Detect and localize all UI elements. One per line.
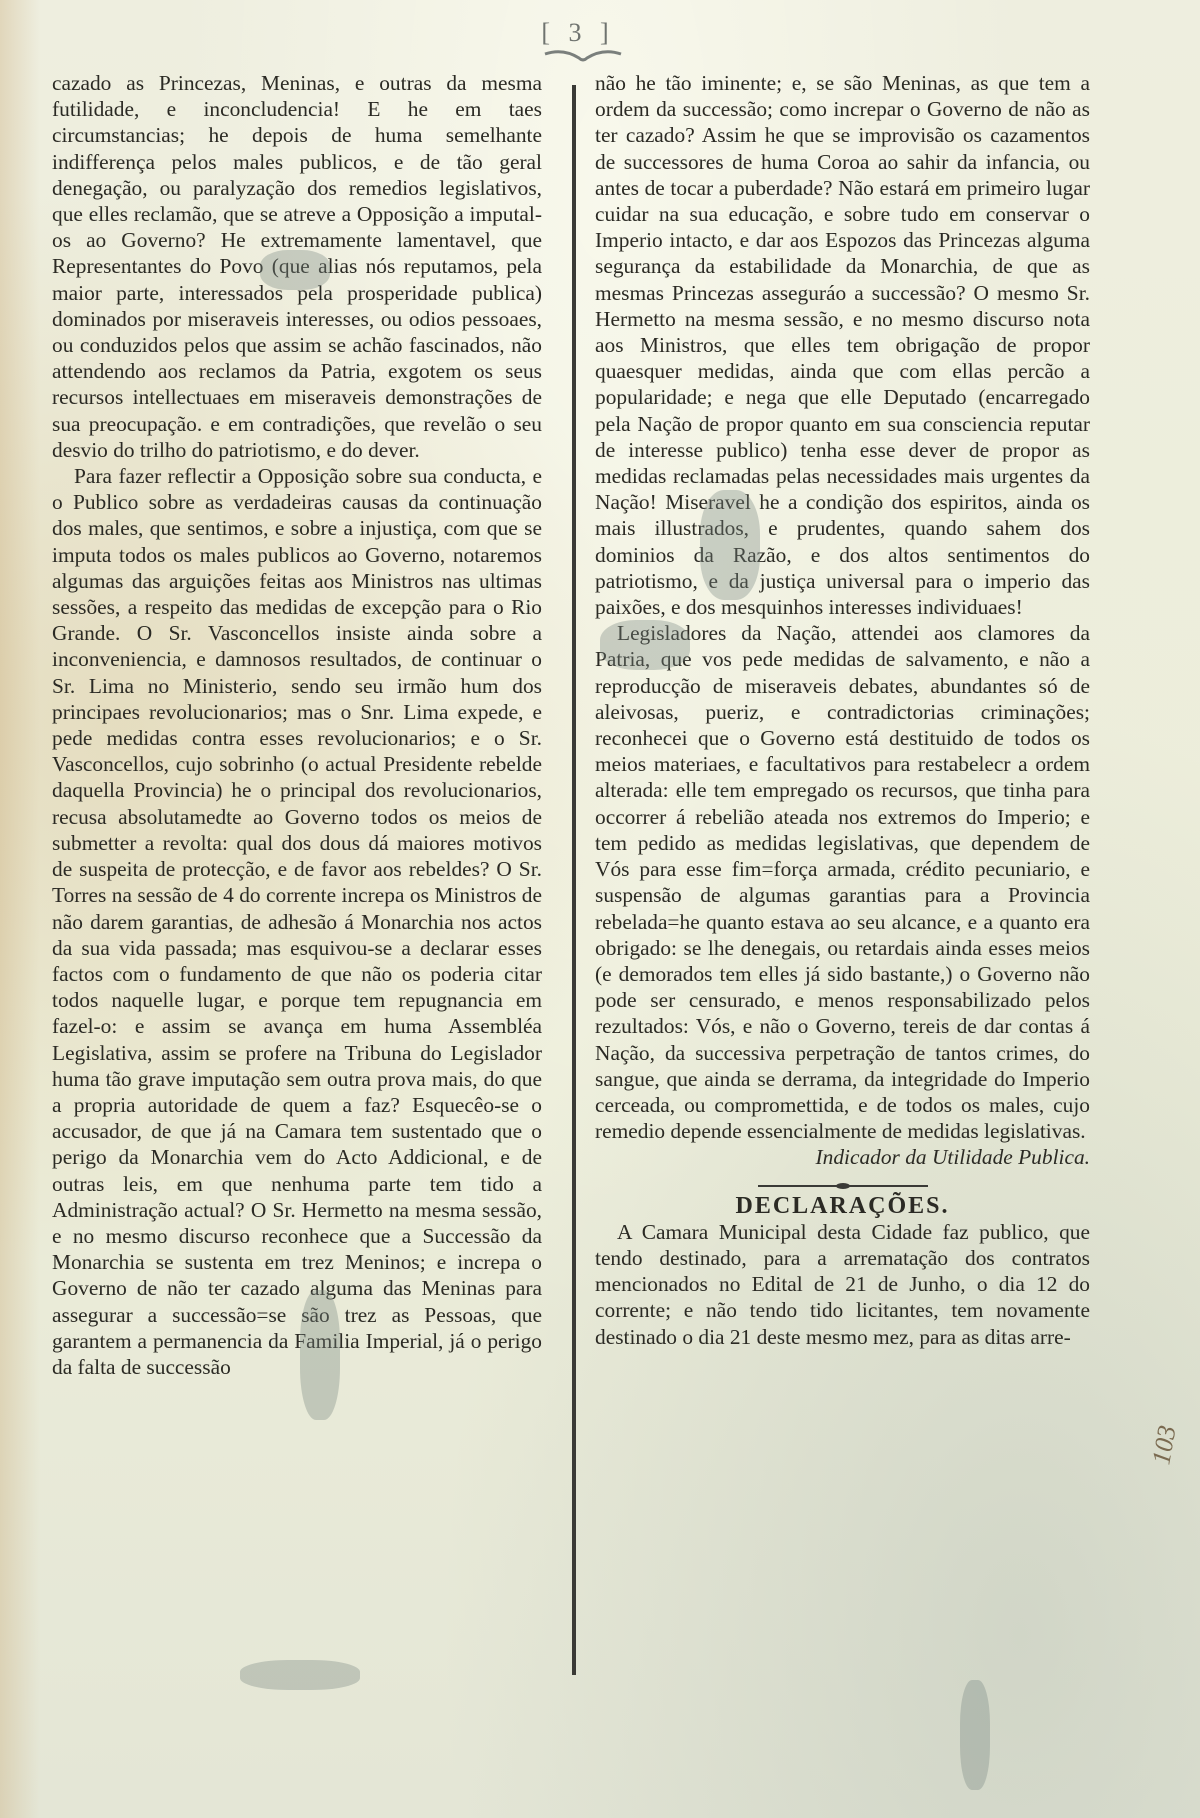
column-divider	[572, 85, 576, 1675]
water-stain	[700, 490, 760, 600]
water-stain	[300, 1290, 340, 1420]
newspaper-page: [ 3 ] cazado as Princezas, Meninas, e ou…	[0, 0, 1200, 1818]
water-stain	[260, 250, 330, 290]
page-number: [ 3 ]	[538, 18, 618, 48]
section-divider	[758, 1185, 928, 1187]
water-stain	[600, 620, 690, 670]
ornament-flourish-icon	[543, 46, 623, 68]
article-signature: Indicador da Utilidade Publica.	[595, 1144, 1090, 1170]
article-paragraph: Para fazer reflectir a Opposição sobre s…	[52, 463, 542, 1380]
right-column: não he tão iminente; e, se são Meninas, …	[595, 70, 1090, 1350]
page-edge-discoloration	[0, 0, 40, 1818]
declaration-paragraph: A Camara Municipal desta Cidade faz publ…	[595, 1219, 1090, 1350]
article-paragraph: não he tão iminente; e, se são Meninas, …	[595, 70, 1090, 620]
section-title: DECLARAÇÕES.	[595, 1193, 1090, 1219]
article-paragraph: Legisladores da Nação, attendei aos clam…	[595, 620, 1090, 1144]
handwritten-margin-note: 103	[1146, 1423, 1182, 1467]
water-stain	[960, 1680, 990, 1790]
water-stain	[240, 1660, 360, 1690]
